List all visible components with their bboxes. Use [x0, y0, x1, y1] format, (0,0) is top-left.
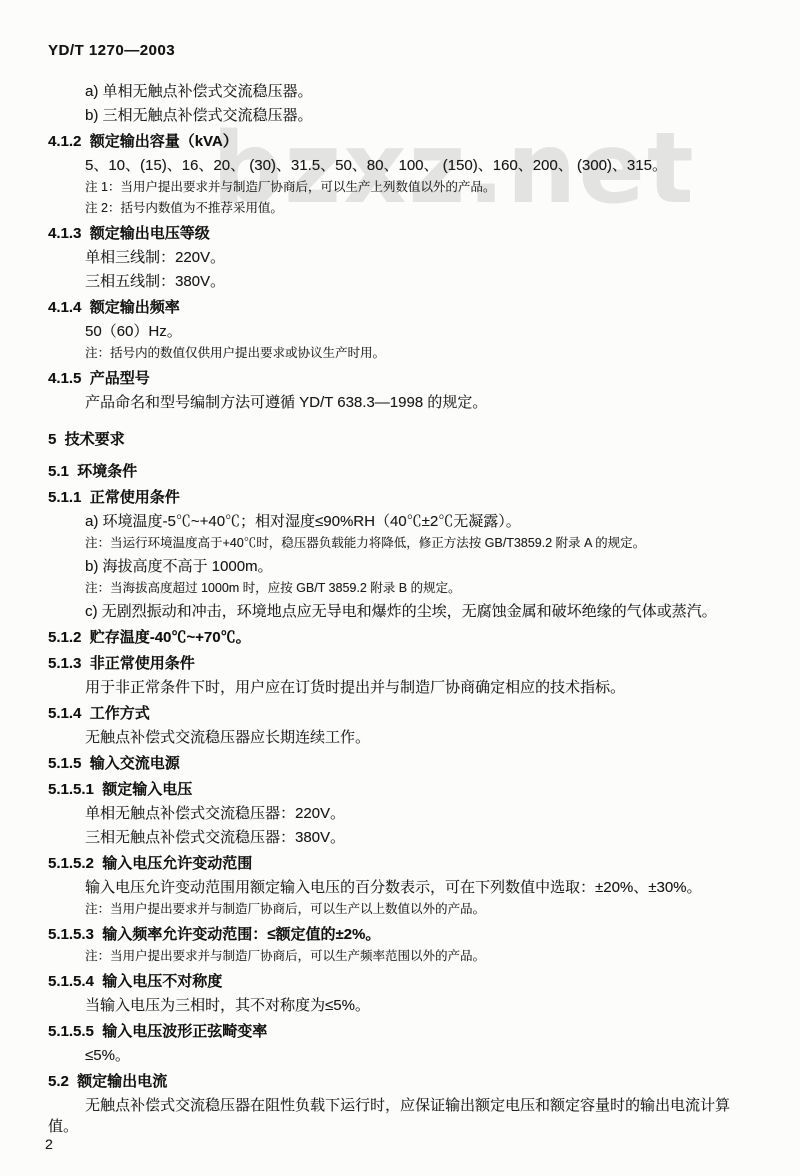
clause-heading: 5.1.5.5 输入电压波形正弦畸变率: [48, 1021, 755, 1042]
body-text-line: 产品命名和型号编制方法可遵循 YD/T 638.3—1998 的规定。: [48, 392, 755, 413]
note-line: 注 1：当用户提出要求并与制造厂协商后，可以生产上列数值以外的产品。: [48, 178, 755, 197]
note-line: 注：当用户提出要求并与制造厂协商后，可以生产频率范围以外的产品。: [48, 947, 755, 966]
clause-heading: 4.1.4 额定输出频率: [48, 297, 755, 318]
clause-heading: 5.1.4 工作方式: [48, 703, 755, 724]
body-text-line: 三相无触点补偿式交流稳压器：380V。: [48, 827, 755, 848]
clause-heading: 4.1.2 额定输出容量（kVA）: [48, 131, 755, 152]
body-text-line: b) 三相无触点补偿式交流稳压器。: [48, 105, 755, 126]
clause-heading: 5.1.1 正常使用条件: [48, 487, 755, 508]
note-line: 注：当海拔高度超过 1000m 时，应按 GB/T 3859.2 附录 B 的规…: [48, 579, 755, 598]
clause-heading: 5.1.3 非正常使用条件: [48, 653, 755, 674]
body-text-line: 当输入电压为三相时，其不对称度为≤5%。: [48, 995, 755, 1016]
note-line: 注 2：括号内数值为不推荐采用值。: [48, 199, 755, 218]
body-text-line: 单相无触点补偿式交流稳压器：220V。: [48, 803, 755, 824]
note-line: 注：括号内的数值仅供用户提出要求或协议生产时用。: [48, 344, 755, 363]
note-line: 注：当运行环境温度高于+40℃时，稳压器负载能力将降低，修正方法按 GB/T38…: [48, 534, 755, 553]
body-text-line: ≤5%。: [48, 1045, 755, 1066]
standard-number-header: YD/T 1270—2003: [48, 42, 755, 60]
note-line: 注：当用户提出要求并与制造厂协商后，可以生产以上数值以外的产品。: [48, 900, 755, 919]
body-text-line: 输入电压允许变动范围用额定输入电压的百分数表示，可在下列数值中选取：±20%、±…: [48, 877, 755, 898]
document-content: YD/T 1270—2003 a) 单相无触点补偿式交流稳压器。b) 三相无触点…: [0, 0, 800, 1137]
clause-heading: 5.1.2 贮存温度-40℃~+70℃。: [48, 627, 755, 648]
clause-heading: 5.1.5.2 输入电压允许变动范围: [48, 853, 755, 874]
clause-heading: 5 技术要求: [48, 429, 755, 450]
body-text-line: c) 无剧烈振动和冲击，环境地点应无导电和爆炸的尘埃，无腐蚀金属和破坏绝缘的气体…: [48, 601, 755, 622]
clause-heading: 5.1.5.3 输入频率允许变动范围：≤额定值的±2%。: [48, 924, 755, 945]
body-text-line: 三相五线制：380V。: [48, 271, 755, 292]
clause-heading: 4.1.5 产品型号: [48, 368, 755, 389]
clause-heading: 5.1.5.4 输入电压不对称度: [48, 971, 755, 992]
document-body: a) 单相无触点补偿式交流稳压器。b) 三相无触点补偿式交流稳压器。4.1.2 …: [48, 81, 755, 1137]
body-text-line: 用于非正常条件下时，用户应在订货时提出并与制造厂协商确定相应的技术指标。: [48, 677, 755, 698]
body-text-line: 单相三线制：220V。: [48, 247, 755, 268]
clause-heading: 4.1.3 额定输出电压等级: [48, 223, 755, 244]
body-text-line: a) 单相无触点补偿式交流稳压器。: [48, 81, 755, 102]
document-page: bzxz.net YD/T 1270—2003 a) 单相无触点补偿式交流稳压器…: [0, 0, 800, 1176]
clause-heading: 5.1.5.1 额定输入电压: [48, 779, 755, 800]
body-text-line: a) 环境温度-5℃~+40℃；相对湿度≤90%RH（40℃±2℃无凝露）。: [48, 511, 755, 532]
clause-heading: 5.1 环境条件: [48, 461, 755, 482]
clause-heading: 5.2 额定输出电流: [48, 1071, 755, 1092]
body-text-line: 50（60）Hz。: [48, 321, 755, 342]
clause-heading: 5.1.5 输入交流电源: [48, 753, 755, 774]
body-text-line: b) 海拔高度不高于 1000m。: [48, 556, 755, 577]
body-text-line: 无触点补偿式交流稳压器在阻性负载下运行时，应保证输出额定电压和额定容量时的输出电…: [48, 1095, 755, 1137]
page-number: 2: [45, 1136, 53, 1152]
body-text-line: 5、10、(15)、16、20、 (30)、31.5、50、80、100、 (1…: [48, 155, 755, 176]
body-text-line: 无触点补偿式交流稳压器应长期连续工作。: [48, 727, 755, 748]
